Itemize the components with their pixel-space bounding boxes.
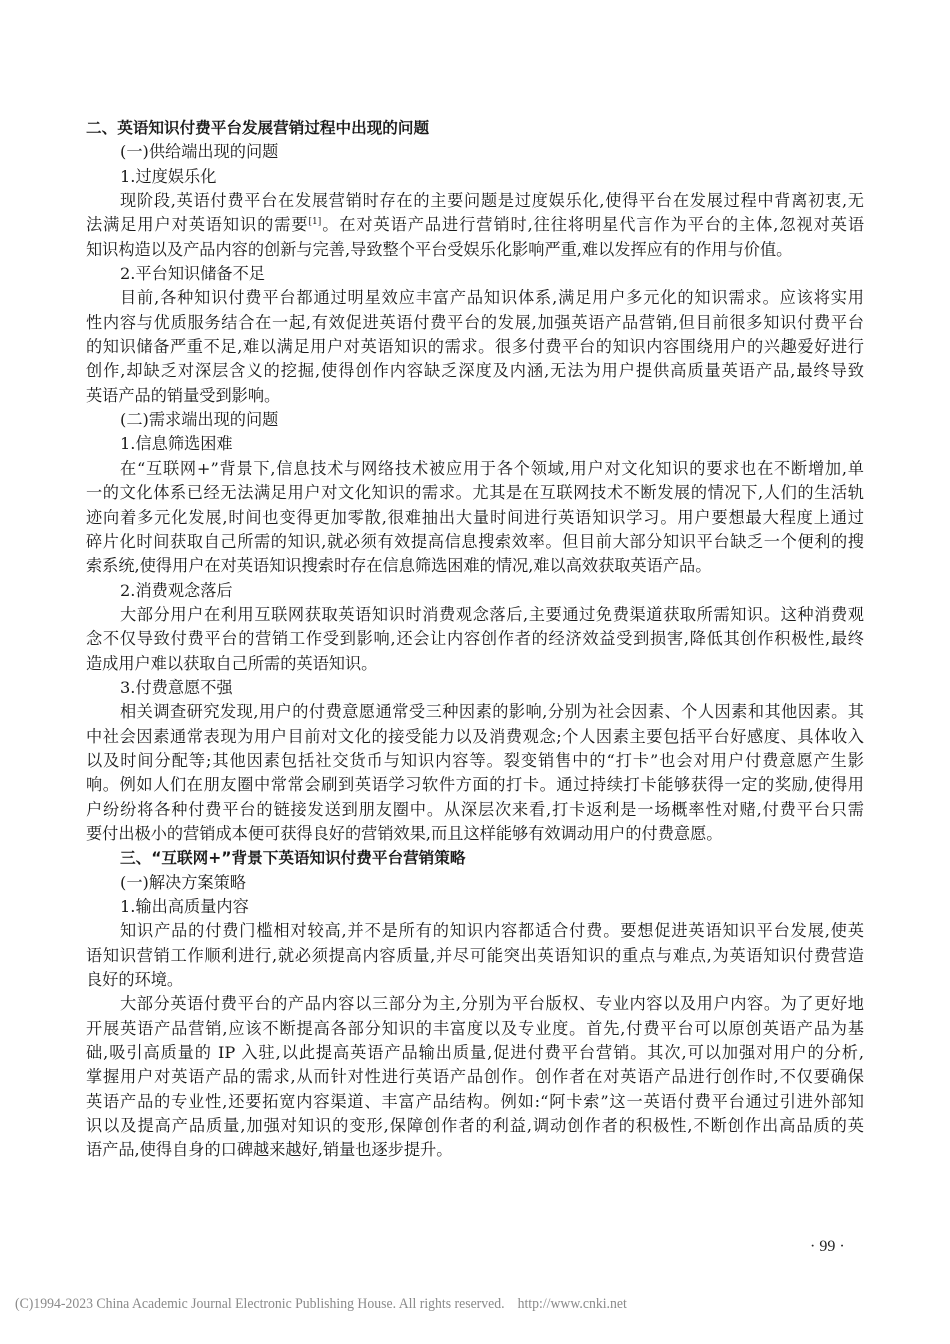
paragraph-line: 碎片化时间获取自己所需的知识,就必须有效提高信息搜索效率。但目前大部分知识平台缺…: [86, 530, 864, 554]
paragraph-line: 现阶段,英语付费平台在发展营销时存在的主要问题是过度娱乐化,使得平台在发展过程中…: [86, 189, 864, 213]
paragraph-line: 大部分英语付费平台的产品内容以三部分为主,分别为平台版权、专业内容以及用户内容。…: [86, 992, 864, 1016]
subsection-heading: (二)需求端出现的问题: [86, 408, 864, 432]
paragraph: 现阶段,英语付费平台在发展营销时存在的主要问题是过度娱乐化,使得平台在发展过程中…: [86, 189, 864, 262]
line-text: 。在对英语产品进行营销时,往往将明星代言作为平台的主体,忽视对英语: [321, 215, 864, 234]
paragraph: 大部分用户在利用互联网获取英语知识时消费观念落后,主要通过免费渠道获取所需知识。…: [86, 603, 864, 676]
paragraph-line: 知识构造以及产品内容的创新与完善,导致整个平台受娱乐化影响严重,难以发挥应有的作…: [86, 238, 864, 262]
paragraph-line: 响。例如人们在朋友圈中常常会刷到英语学习软件方面的打卡。通过持续打卡能够获得一定…: [86, 773, 864, 797]
paragraph-line: 英语产品的专业性,还要拓宽内容渠道、丰富产品结构。例如:“阿卡索”这一英语付费平…: [86, 1090, 864, 1114]
paragraph: 知识产品的付费门槛相对较高,并不是所有的知识内容都适合付费。要想促进英语知识平台…: [86, 919, 864, 992]
paragraph-line: 础,吸引高质量的 IP 入驻,以此提高英语产品输出质量,促进付费平台营销。其次,…: [86, 1041, 864, 1065]
copyright-footer: (C)1994-2023 China Academic Journal Elec…: [15, 1296, 627, 1313]
paragraph-line: 索系统,使得用户在对英语知识搜索时存在信息筛选困难的情况,难以高效获取英语产品。: [86, 554, 864, 578]
paragraph-line: 在“互联网+”背景下,信息技术与网络技术被应用于各个领域,用户对文化知识的要求也…: [86, 457, 864, 481]
article-body: 二、英语知识付费平台发展营销过程中出现的问题 (一)供给端出现的问题 1.过度娱…: [86, 116, 864, 1163]
paragraph-line: 良好的环境。: [86, 968, 864, 992]
paragraph-line: 识以及提高产品质量,加强对知识的变形,保障创作者的利益,调动创作者的积极性,不断…: [86, 1114, 864, 1138]
section-heading: 三、“互联网+”背景下英语知识付费平台营销策略: [86, 846, 864, 870]
item-heading: 1.信息筛选困难: [86, 432, 864, 456]
paragraph-line: 迹向着多元化发展,时间也变得更加零散,很难抽出大量时间进行英语知识学习。用户要想…: [86, 506, 864, 530]
paragraph-line: 语知识营销工作顺利进行,就必须提高内容质量,并尽可能突出英语知识的重点与难点,为…: [86, 944, 864, 968]
paragraph-line: 造成用户难以获取自己所需的英语知识。: [86, 652, 864, 676]
item-heading: 2.平台知识储备不足: [86, 262, 864, 286]
paragraph: 大部分英语付费平台的产品内容以三部分为主,分别为平台版权、专业内容以及用户内容。…: [86, 992, 864, 1162]
line-text: 法满足用户对英语知识的需要: [86, 215, 309, 234]
item-heading: 1.输出高质量内容: [86, 895, 864, 919]
copyright-text: (C)1994-2023 China Academic Journal Elec…: [15, 1296, 505, 1312]
section-heading: 二、英语知识付费平台发展营销过程中出现的问题: [86, 116, 864, 140]
paragraph-line: 创作,却缺乏对深层含义的挖掘,使得创作内容缺乏深度及内涵,无法为用户提供高质量英…: [86, 359, 864, 383]
item-heading: 1.过度娱乐化: [86, 165, 864, 189]
page-number: · 99 ·: [810, 1238, 845, 1256]
paragraph-line: 知识产品的付费门槛相对较高,并不是所有的知识内容都适合付费。要想促进英语知识平台…: [86, 919, 864, 943]
paragraph-line: 相关调查研究发现,用户的付费意愿通常受三种因素的影响,分别为社会因素、个人因素和…: [86, 700, 864, 724]
item-heading: 3.付费意愿不强: [86, 676, 864, 700]
paragraph-line: 法满足用户对英语知识的需要[1]。在对英语产品进行营销时,往往将明星代言作为平台…: [86, 213, 864, 237]
subsection-heading: (一)供给端出现的问题: [86, 140, 864, 164]
paragraph-line: 的知识储备严重不足,难以满足用户对英语知识的需求。很多付费平台的知识内容围绕用户…: [86, 335, 864, 359]
paragraph-line: 中社会因素通常表现为用户目前对文化的接受能力以及消费观念;个人因素主要包括平台好…: [86, 725, 864, 749]
paragraph-line: 开展英语产品营销,应该不断提高各部分知识的丰富度以及专业度。首先,付费平台可以原…: [86, 1017, 864, 1041]
paragraph-line: 语产品,使得自身的口碑越来越好,销量也逐步提升。: [86, 1138, 864, 1162]
paragraph-line: 性内容与优质服务结合在一起,有效促进英语付费平台的发展,加强英语产品营销,但目前…: [86, 311, 864, 335]
paragraph: 目前,各种知识付费平台都通过明星效应丰富产品知识体系,满足用户多元化的知识需求。…: [86, 286, 864, 408]
paragraph-line: 大部分用户在利用互联网获取英语知识时消费观念落后,主要通过免费渠道获取所需知识。…: [86, 603, 864, 627]
paragraph-line: 目前,各种知识付费平台都通过明星效应丰富产品知识体系,满足用户多元化的知识需求。…: [86, 286, 864, 310]
paragraph-line: 念不仅导致付费平台的营销工作受到影响,还会让内容创作者的经济效益受到损害,降低其…: [86, 627, 864, 651]
subsection-heading: (一)解决方案策略: [86, 871, 864, 895]
paragraph-line: 英语产品的销量受到影响。: [86, 384, 864, 408]
paragraph-line: 掌握用户对英语产品的需求,从而针对性进行英语产品创作。创作者在对英语产品进行创作…: [86, 1065, 864, 1089]
citation-ref[interactable]: [1]: [309, 217, 322, 227]
paragraph-line: 一的文化体系已经无法满足用户对文化知识的需求。尤其是在互联网技术不断发展的情况下…: [86, 481, 864, 505]
paragraph-line: 户纷纷将各种付费平台的链接发送到朋友圈中。从深层次来看,打卡返利是一场概率性对赌…: [86, 798, 864, 822]
cnki-link[interactable]: http://www.cnki.net: [518, 1296, 627, 1312]
paragraph-line: 要付出极小的营销成本便可获得良好的营销效果,而且这样能够有效调动用户的付费意愿。: [86, 822, 864, 846]
paragraph: 相关调查研究发现,用户的付费意愿通常受三种因素的影响,分别为社会因素、个人因素和…: [86, 700, 864, 846]
paragraph: 在“互联网+”背景下,信息技术与网络技术被应用于各个领域,用户对文化知识的要求也…: [86, 457, 864, 579]
paragraph-line: 以及时间分配等;其他因素包括社交货币与知识内容等。裂变销售中的“打卡”也会对用户…: [86, 749, 864, 773]
item-heading: 2.消费观念落后: [86, 579, 864, 603]
